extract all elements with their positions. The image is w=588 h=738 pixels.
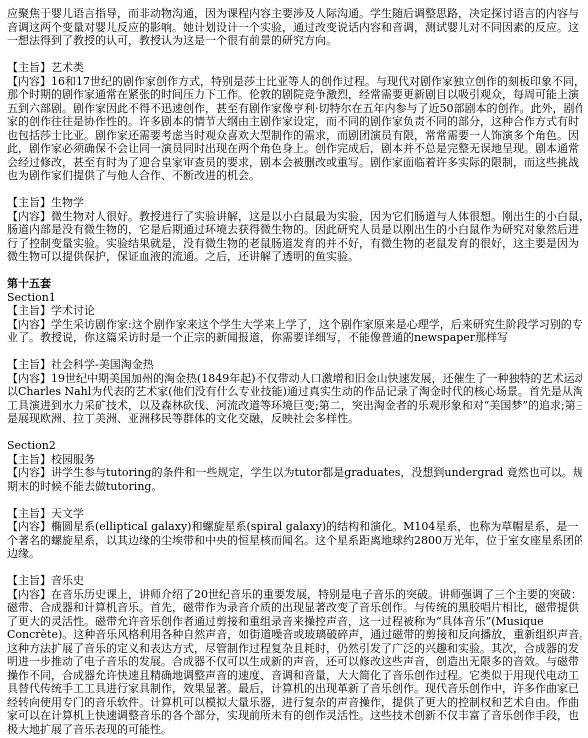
section2-campus-service-line: 【内容】讲学生参与tutoring的条件和一些规定，学生以为tutor都是gra…	[7, 466, 582, 480]
lecture-gold-rush-line: 【主旨】社会科学-美国淘金热	[7, 358, 582, 372]
lecture-art-line: 【主旨】艺术类	[7, 61, 582, 75]
lecture-biology-line: 微生物可以提供保护，保证血液的流通。之后，还讲解了透明的鱼实验。	[7, 250, 582, 264]
set-title-line: 第十五套	[7, 277, 582, 291]
intro-paragraph-continuation-line: 应聚焦于婴儿语言指导，而非动物沟通，因为课程内容主要涉及人际沟通。学生随后调整思…	[7, 7, 582, 21]
lecture-art-line: 家的创作往往是协作性的。许多剧本的情节大纲由主剧作家设定，而不同的剧作家负责不同…	[7, 115, 582, 129]
lecture-music-history-line: 【内容】在音乐历史课上，讲师介绍了20世纪音乐的重要发展，特别是电子音乐的突破。…	[7, 588, 582, 602]
lecture-music-history-line: 磁带、合成器和计算机音乐。首先，磁带作为录音介质的出现显著改变了音乐创作。与传统…	[7, 601, 582, 615]
lecture-art-line: 此，剧作家必须确保不会让同一演员同时出现在两个角色身上。创作完成后，剧本并不总是…	[7, 142, 582, 156]
lecture-astronomy-line: 【主旨】天文学	[7, 507, 582, 521]
lecture-music-history-line: 家可以在计算机上快速调整音乐的各个部分，实现前所未有的创作灵活性。这些技术创新不…	[7, 709, 582, 723]
blank-line	[7, 345, 582, 359]
section2-campus-service-line: Section2	[7, 439, 582, 453]
lecture-astronomy-line: 【内容】椭圆星系(elliptical galaxy)和螺旋星系(spiral …	[7, 520, 582, 534]
section1-academic-discussion-line: 【内容】学生采访剧作家:这个剧作家来这个学生大学来上学了，这个剧作家原来是心理学…	[7, 318, 582, 332]
section2-campus-service-line: 【主旨】校园服务	[7, 453, 582, 467]
lecture-biology-line: 肠道内部是没有微生物的，它是后期通过环境去获得微生物的。因此研究人员是以刚出生的…	[7, 223, 582, 237]
lecture-biology-line: 【内容】微生物对人很好。教授进行了实验讲解，这是以小白鼠最为实验，因为它们肠道与…	[7, 210, 582, 224]
section1-academic-discussion-line: Section1	[7, 291, 582, 305]
lecture-music-history-line: 经转向使用专门的音乐软件。计算机可以模拟大量乐器，进行复杂的声音操作，提供了更大…	[7, 696, 582, 710]
blank-line	[7, 561, 582, 575]
lecture-music-history-line: 【主旨】音乐史	[7, 574, 582, 588]
lecture-music-history-line: 极大地扩展了音乐表现的可能性。	[7, 723, 582, 737]
blank-line	[7, 493, 582, 507]
lecture-gold-rush-line: 工具演进到水力采矿技术，以及森林砍伐、河流改道等环境巨变;第二，突出淘金者的乐观…	[7, 399, 582, 413]
lecture-gold-rush-line: 【内容】19世纪中期美国加州的淘金热(1849年起)不仅带动人口激增和旧金山快速…	[7, 372, 582, 386]
intro-paragraph-continuation-line: 一想法得到了教授的认可，教授认为这是一个很有前景的研究方向。	[7, 34, 582, 48]
lecture-art-line: 也包括莎士比亚。剧作家还需要考虑当时观众喜欢大型制作的需求，而剧团演员有限，常常…	[7, 129, 582, 143]
lecture-biology-line: 行了控制变量实验。实验结果就是，没有微生物的老鼠肠道发育的并不好，有微生物的老鼠…	[7, 237, 582, 251]
section1-academic-discussion-line: 业了。教授说，你这篇采访时是一个正宗的新闻报道，你需要详细写，不能像普通的new…	[7, 331, 582, 345]
lecture-art-line: 【内容】16和17世纪的剧作家创作方式，特别是莎士比亚等人的创作过程。与现代对剧…	[7, 75, 582, 89]
lecture-art-line: 会经过修改，甚至有时为了迎合皇家审查员的要求，剧本会被删改或重写。剧作家面临着许…	[7, 156, 582, 170]
blank-line	[7, 183, 582, 197]
lecture-gold-rush-line: 是展现欧洲、拉丁美洲、亚洲移民等群体的文化交融，反映社会多样性。	[7, 412, 582, 426]
lecture-gold-rush-line: 以Charles Nahl为代表的艺术家(他们没有什么专业技能)通过真实生动的作…	[7, 385, 582, 399]
lecture-music-history-line: 这种方法扩展了音乐的定义和表达方式，尽管制作过程复杂且耗时，仍然引发了广泛的兴趣…	[7, 642, 582, 656]
lecture-music-history-line: 了更大的灵活性。磁带允许音乐创作者通过剪接和重组录音来操控声音，这一过程被称为“…	[7, 615, 582, 629]
section1-academic-discussion-line: 【主旨】学术讨论	[7, 304, 582, 318]
lecture-art-line: 那个时期的剧作家通常在紧张的时间压力下工作。伦敦的剧院竞争激烈，经常需要更新剧目…	[7, 88, 582, 102]
lecture-music-history-line: 明进一步推动了电子音乐的发展。合成器不仅可以生成新的声音，还可以修改这些声音，创…	[7, 655, 582, 669]
intro-paragraph-continuation-line: 音调这两个变量对婴儿反应的影响。她计划设计一个实验，通过改变说话内容和音调，测试…	[7, 21, 582, 35]
lecture-music-history-line: 操作不同，合成器允许快速且精确地调整声音的速度、音调和音量，大大简化了音乐创作过…	[7, 669, 582, 683]
blank-line	[7, 264, 582, 278]
blank-line	[7, 426, 582, 440]
lecture-astronomy-line: 边缘。	[7, 547, 582, 561]
lecture-art-line: 也为剧作家们提供了与他人合作、不断改进的机会。	[7, 169, 582, 183]
document-content: 应聚焦于婴儿语言指导，而非动物沟通，因为课程内容主要涉及人际沟通。学生随后调整思…	[7, 7, 582, 736]
lecture-music-history-line: 具替代传统手工工具进行家具制作，效果显著。最后，计算机的出现革新了音乐创作。现代…	[7, 682, 582, 696]
lecture-art-line: 五到六部剧。剧作家因此不得不迅速创作，甚至有剧作家像亨利·切特尔在五年内参与了近…	[7, 102, 582, 116]
section2-campus-service-line: 期末的时候不能去做tutoring。	[7, 480, 582, 494]
lecture-biology-line: 【主旨】生物学	[7, 196, 582, 210]
blank-line	[7, 48, 582, 62]
lecture-astronomy-line: 个著名的螺旋星系，以其边缘的尘埃带和中央的恒星核而闻名。这个星系距离地球约280…	[7, 534, 582, 548]
lecture-music-history-line: Concrète)。这种音乐风格利用各种自然声音，如街道噪音或玻璃破碎声，通过磁…	[7, 628, 582, 642]
document-page: 应聚焦于婴儿语言指导，而非动物沟通，因为课程内容主要涉及人际沟通。学生随后调整思…	[0, 0, 588, 738]
